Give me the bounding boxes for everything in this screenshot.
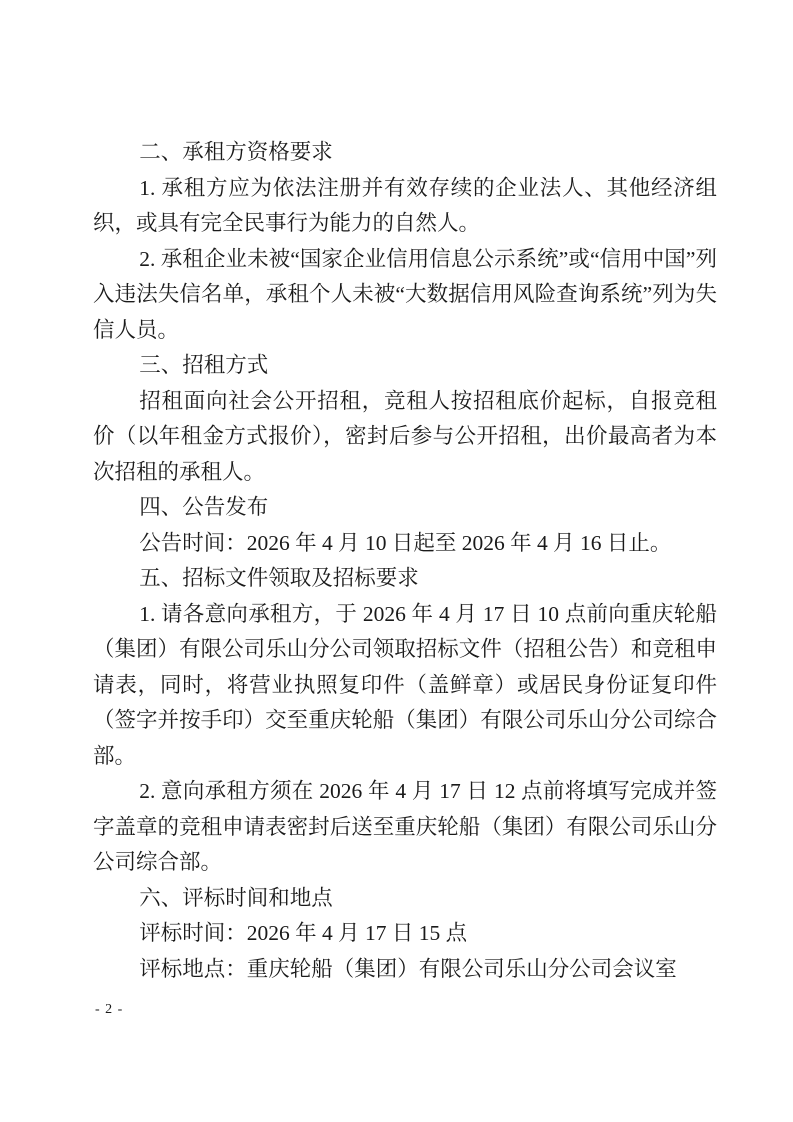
body-paragraph-qualification-2: 2. 承租企业未被“国家企业信用信息公示系统”或“信用中国”列入违法失信名单，承… [93,242,717,349]
body-paragraph-lease-method: 招租面向社会公开招租，竞租人按招租底价起标，自报竞租价（以年租金方式报价），密封… [93,384,717,491]
section-heading-3: 三、招租方式 [93,348,717,384]
page-number: - 2 - [95,1000,123,1020]
section-heading-5: 五、招标文件领取及招标要求 [93,561,717,597]
body-paragraph-eval-time: 评标时间：2026 年 4 月 17 日 15 点 [93,916,717,952]
section-heading-4: 四、公告发布 [93,490,717,526]
body-paragraph-qualification-1: 1. 承租方应为依法注册并有效存续的企业法人、其他经济组织，或具有完全民事行为能… [93,171,717,242]
body-paragraph-application-submit: 2. 意向承租方须在 2026 年 4 月 17 日 12 点前将填写完成并签字… [93,774,717,881]
section-heading-6: 六、评标时间和地点 [93,881,717,917]
body-paragraph-eval-place: 评标地点：重庆轮船（集团）有限公司乐山分公司会议室 [93,952,717,988]
document-page: 二、承租方资格要求 1. 承租方应为依法注册并有效存续的企业法人、其他经济组织，… [0,0,793,1122]
body-paragraph-announce-time: 公告时间：2026 年 4 月 10 日起至 2026 年 4 月 16 日止。 [93,526,717,562]
document-body: 二、承租方资格要求 1. 承租方应为依法注册并有效存续的企业法人、其他经济组织，… [93,135,717,987]
body-paragraph-document-pickup: 1. 请各意向承租方，于 2026 年 4 月 17 日 10 点前向重庆轮船（… [93,597,717,775]
section-heading-2: 二、承租方资格要求 [93,135,717,171]
